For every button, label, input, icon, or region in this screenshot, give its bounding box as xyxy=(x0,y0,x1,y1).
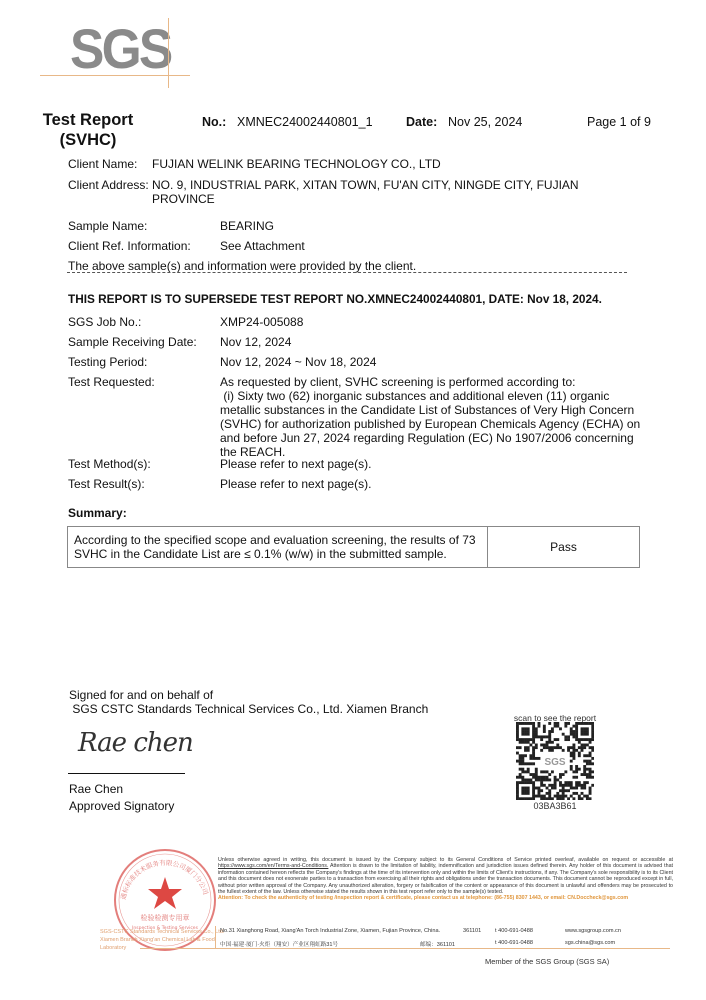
test-requested-value: As requested by client, SVHC screening i… xyxy=(220,375,650,459)
report-date: Nov 25, 2024 xyxy=(448,115,522,129)
test-result-label: Test Result(s): xyxy=(68,477,145,491)
website: www.sgsgroup.com.cn xyxy=(565,928,621,934)
footer-rule xyxy=(140,948,670,949)
seal-side-line2: Xiamen Branch Xiang'an Chemical Lab & Fo… xyxy=(100,936,225,952)
report-number-label: No.: xyxy=(202,115,226,129)
sample-name-label: Sample Name: xyxy=(68,219,147,233)
test-requested-label: Test Requested: xyxy=(68,375,155,389)
terms-link[interactable]: https://www.sgs.com/en/Terms-and-Conditi… xyxy=(218,863,328,869)
requested-line: (i) Sixty two (62) inorganic substances … xyxy=(220,389,650,403)
client-name-label: Client Name: xyxy=(68,157,137,171)
provided-note: The above sample(s) and information were… xyxy=(68,259,416,273)
phone-cn: t 400-691-0488 xyxy=(495,940,533,946)
client-address-line1: NO. 9, INDUSTRIAL PARK, XITAN TOWN, FU'A… xyxy=(152,178,579,192)
requested-line: As requested by client, SVHC screening i… xyxy=(220,375,650,389)
sgs-logo: SGS xyxy=(66,22,196,82)
summary-result: Pass xyxy=(488,527,639,567)
test-method-value: Please refer to next page(s). xyxy=(220,457,371,471)
qr-code-icon: SGS xyxy=(516,722,594,800)
client-ref-value: See Attachment xyxy=(220,239,305,253)
legal-disclaimer: Unless otherwise agreed in writing, this… xyxy=(218,857,673,902)
member-note: Member of the SGS Group (SGS SA) xyxy=(485,957,609,966)
qr-code[interactable]: SGS xyxy=(516,722,594,800)
sample-name-value: BEARING xyxy=(220,219,274,233)
report-title-line2: (SVHC) xyxy=(38,130,138,150)
summary-text-line2: SVHC in the Candidate List are ≤ 0.1% (w… xyxy=(74,547,481,561)
email: sgs.china@sgs.com xyxy=(565,940,615,946)
signatory-name: Rae Chen xyxy=(69,782,123,796)
signing-company: SGS CSTC Standards Technical Services Co… xyxy=(69,702,428,716)
seal-side-line1: SGS-CSTC Standards Technical Services Co… xyxy=(100,928,225,936)
report-date-label: Date: xyxy=(406,115,437,129)
sgs-logo-text: SGS xyxy=(70,16,171,81)
signature-line xyxy=(68,773,185,774)
summary-table: According to the specified scope and eva… xyxy=(67,526,640,568)
report-number: XMNEC24002440801_1 xyxy=(237,115,373,129)
supersede-notice: THIS REPORT IS TO SUPERSEDE TEST REPORT … xyxy=(68,292,602,306)
postcode-en: 361101 xyxy=(463,928,481,934)
summary-label: Summary: xyxy=(68,506,127,520)
job-no-label: SGS Job No.: xyxy=(68,315,141,329)
authenticity-notice: Attention: To check the authenticity of … xyxy=(218,895,673,901)
client-address-line2: PROVINCE xyxy=(152,192,215,206)
handwritten-signature: Rae chen xyxy=(78,728,193,758)
svg-text:检验检测专用章: 检验检测专用章 xyxy=(141,913,190,922)
test-method-label: Test Method(s): xyxy=(68,457,151,471)
report-title: Test Report (SVHC) xyxy=(38,110,138,150)
requested-line: and before Jun 27, 2024 regarding Regula… xyxy=(220,431,650,445)
test-result-value: Please refer to next page(s). xyxy=(220,477,371,491)
address-en-row: No.31 Xianghong Road, Xiang'An Torch Ind… xyxy=(220,928,670,934)
requested-line: metallic substances in the Candidate Lis… xyxy=(220,403,650,417)
report-title-line1: Test Report xyxy=(38,110,138,130)
svg-text:SGS: SGS xyxy=(544,757,565,768)
qr-code-id: 03BA3B61 xyxy=(510,801,600,811)
receiving-date-label: Sample Receiving Date: xyxy=(68,335,197,349)
logo-vertical-rule xyxy=(168,18,169,88)
client-address-label: Client Address: xyxy=(68,178,149,192)
job-no-value: XMP24-005088 xyxy=(220,315,303,329)
requested-line: (SVHC) for authorization published by Eu… xyxy=(220,417,650,431)
client-ref-label: Client Ref. Information: xyxy=(68,239,191,253)
summary-text: According to the specified scope and eva… xyxy=(68,527,488,567)
address-en: No.31 Xianghong Road, Xiang'An Torch Ind… xyxy=(220,928,440,934)
legal-text-1: Unless otherwise agreed in writing, this… xyxy=(218,857,673,863)
client-name-value: FUJIAN WELINK BEARING TECHNOLOGY CO., LT… xyxy=(152,157,441,171)
summary-text-line1: According to the specified scope and eva… xyxy=(74,533,481,547)
phone-en: t 400-691-0488 xyxy=(495,928,533,934)
testing-period-label: Testing Period: xyxy=(68,355,147,369)
signatory-title: Approved Signatory xyxy=(69,799,174,813)
receiving-date-value: Nov 12, 2024 xyxy=(220,335,291,349)
address-cn-row: 中国·福建·厦门·火炬（翔安）产业区翔虹路31号 邮编：361101 t 400… xyxy=(220,940,670,948)
testing-period-value: Nov 12, 2024 ~ Nov 18, 2024 xyxy=(220,355,376,369)
dashed-divider xyxy=(67,272,627,273)
postcode-cn: 邮编：361101 xyxy=(420,940,455,948)
signed-intro: Signed for and on behalf of xyxy=(69,688,213,702)
page-indicator: Page 1 of 9 xyxy=(587,115,651,129)
address-divider xyxy=(215,926,216,948)
